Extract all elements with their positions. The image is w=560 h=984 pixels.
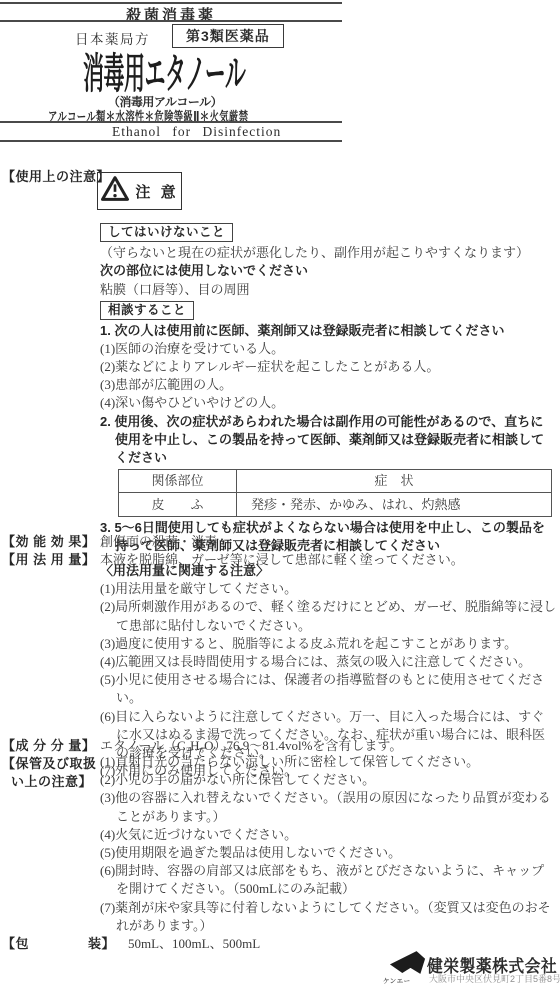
header-rule-under-category xyxy=(0,20,342,22)
symptom-table-header-row: 関係部位 症 状 xyxy=(119,470,552,493)
dont-sites: 粘膜（口唇等）、目の周囲 xyxy=(100,281,556,300)
dont-rule: 次の部位には使用しないでください xyxy=(100,262,556,281)
storage-note: (3)他の容器に入れ替えないでください。（誤用の原因になったり品質が変わることが… xyxy=(100,789,556,825)
caution-badge: 注 意 xyxy=(97,172,182,210)
brand-name: ケンエー xyxy=(383,976,411,984)
section-label-ingredients: 【成 分 分 量】 xyxy=(2,735,95,754)
dosage-note: (1)用法用量を厳守してください。 xyxy=(100,580,556,598)
english-product-name: Ethanol for Disinfection xyxy=(112,124,281,140)
english-rule-top xyxy=(0,121,342,123)
consult-item-2: 2. 使用後、次の症状があらわれた場合は副作用の可能性があるので、直ちに使用を中… xyxy=(100,413,556,468)
storage-note: (5)使用期限を過ぎた製品は使用しないでください。 xyxy=(100,844,556,862)
dont-heading: してはいけないこと xyxy=(100,223,233,242)
storage-note: (4)火気に近づけないでください。 xyxy=(100,826,556,844)
dosage-note: (3)過度に使用すると、脱脂等による皮ふ荒れを起こすことがあります。 xyxy=(100,635,556,653)
section-label-dosage: 【用 法 用 量】 xyxy=(2,549,95,568)
consult-sub-item: (3)患部が広範囲の人。 xyxy=(100,376,556,394)
storage-note: (1)直射日光の当たらない涼しい所に密栓して保管してください。 xyxy=(100,753,556,771)
storage-note: (2)小児の手の届かない所に保管してください。 xyxy=(100,771,556,789)
section-label-packaging-left: 【包 xyxy=(2,933,29,952)
storage-note: (6)開封時、容器の肩部又は底部をもち、液がとびださないように、キャップを開けて… xyxy=(100,862,556,898)
english-rule-bottom xyxy=(0,140,342,142)
company-address: 大阪市中央区伏見町2丁目5番8号 xyxy=(429,972,560,984)
symptom-table-cell-symptom: 発疹・発赤、かゆみ、はれ、灼熱感 xyxy=(237,493,552,517)
packaging-text: 50mL、100mL、500mL xyxy=(128,933,260,952)
consult-sub-item: (4)深い傷やひどいやけどの人。 xyxy=(100,394,556,412)
dont-section: してはいけないこと （守らないと現在の症状が悪化したり、副作用が起こりやすくなり… xyxy=(100,223,556,299)
warning-triangle-icon xyxy=(100,175,130,207)
section-label-storage-line1: 【保管及び取扱 xyxy=(2,753,97,772)
efficacy-text: 創傷面の殺菌・消毒 xyxy=(100,531,217,550)
symptom-table: 関係部位 症 状 皮 ふ 発疹・発赤、かゆみ、はれ、灼熱感 xyxy=(118,469,552,517)
symptom-table-row: 皮 ふ 発疹・発赤、かゆみ、はれ、灼熱感 xyxy=(119,493,552,517)
consult-sub-item: (1)医師の治療を受けている人。 xyxy=(100,340,556,358)
storage-notes-section: (1)直射日光の当たらない涼しい所に密栓して保管してください。 (2)小児の手の… xyxy=(100,753,556,935)
company-footer: ケンエー 健栄製薬株式会社 大阪市中央区伏見町2丁目5番8号 xyxy=(383,948,558,984)
ingredients-text: エタノール（C₂H₆O）76.9～81.4vol%を含有します。 xyxy=(100,735,402,754)
dont-note: （守らないと現在の症状が悪化したり、副作用が起こりやすくなります） xyxy=(100,244,556,263)
consult-section: 相談すること 1. 次の人は使用前に医師、薬剤師又は登録販売者に相談してください… xyxy=(100,301,556,556)
section-label-storage-line2: い上の注意】 xyxy=(11,771,92,790)
consult-item-1: 1. 次の人は使用前に医師、薬剤師又は登録販売者に相談してください xyxy=(100,322,556,340)
symptom-table-header-symptom: 症 状 xyxy=(237,470,552,493)
symptom-table-header-part: 関係部位 xyxy=(119,470,237,493)
dosage-notes-heading: 〈用法用量に関連する注意〉 xyxy=(100,562,556,580)
dosage-note: (4)広範囲又は長時間使用する場合には、蒸気の吸入に注意してください。 xyxy=(100,653,556,671)
section-label-efficacy: 【効 能 効 果】 xyxy=(2,531,95,550)
section-label-precautions: 【使用上の注意】 xyxy=(2,166,110,185)
caution-badge-text: 注 意 xyxy=(135,181,178,202)
dosage-note: (5)小児に使用させる場合には、保護者の指導監督のもとに使用させてください。 xyxy=(100,671,556,707)
package-insert-document: 殺菌消毒薬 日本薬局方 第3類医薬品 消毒用エタノール （消毒用アルコール） ア… xyxy=(0,0,560,984)
product-title: 消毒用エタノール xyxy=(83,41,245,101)
dosage-note: (2)局所刺激作用があるので、軽く塗るだけにとどめ、ガーゼ、脱脂綿等に浸して患部… xyxy=(100,598,556,634)
consult-sub-item: (2)薬などによりアレルギー症状を起こしたことがある人。 xyxy=(100,358,556,376)
symptom-table-cell-part: 皮 ふ xyxy=(119,493,237,517)
storage-note: (7)薬剤が床や家具等に付着しないようにしてください。（変質又は変色のおそれがあ… xyxy=(100,899,556,935)
section-label-packaging-right: 装】 xyxy=(88,933,115,952)
consult-heading: 相談すること xyxy=(100,301,194,320)
